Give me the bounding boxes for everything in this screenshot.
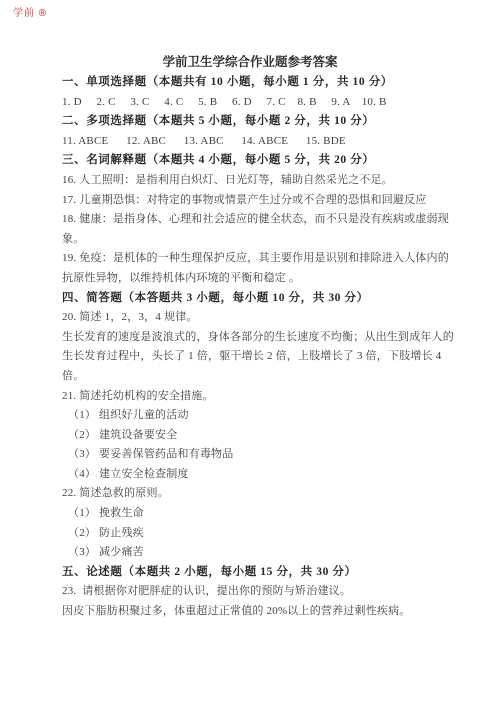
question-21: 21. 简述托幼机构的安全措施。 bbox=[62, 387, 444, 407]
definition-19-line-1: 19. 免疫：是机体的一种生理保护反应，其主要作用是识别和排除进入人体内的 bbox=[62, 249, 444, 269]
answer-23: 因皮下脂肪积聚过多，体重超过正常值的 20%以上的营养过剩性疾病。 bbox=[62, 602, 444, 622]
section-heading-multi-choice: 二、多项选择题（本题共 5 小题，每小题 2 分，共 10 分） bbox=[62, 112, 444, 132]
definition-18-line-1: 18. 健康：是指身体、心理和社会适应的健全状态，而不只是没有疾病或虚弱现 bbox=[62, 210, 444, 230]
document-body: 一、单项选择题（本题共有 10 小题，每小题 1 分，共 10 分） 1. D … bbox=[62, 73, 444, 622]
question-23: 23. 请根据你对肥胖症的认识，提出你的预防与矫治建议。 bbox=[62, 582, 444, 602]
definition-18-line-2: 象。 bbox=[62, 230, 444, 250]
answer-21-item-4: （4） 建立安全检查制度 bbox=[62, 465, 444, 485]
answers-multi-choice: 11. ABCE 12. ABC 13. ABC 14. ABCE 15. BD… bbox=[62, 132, 444, 152]
definition-19-line-2: 抗原性异物，以维持机体内环境的平衡和稳定 。 bbox=[62, 269, 444, 289]
answer-20-line-2: 生长发育过程中，头长了 1 倍，躯干增长 2 倍，上肢增长了 3 倍，下肢增长 … bbox=[62, 347, 444, 367]
definition-16: 16. 人工照明：是指利用白炽灯、日光灯等，辅助自然采光之不足。 bbox=[62, 171, 444, 191]
document-page: 学前 ® 学前卫生学综合作业题参考答案 一、单项选择题（本题共有 10 小题，每… bbox=[0, 0, 500, 707]
question-20: 20. 简述 1，2，3，4 规律。 bbox=[62, 308, 444, 328]
section-heading-short-answer: 四、简答题（本答题共 3 小题，每小题 10 分，共 30 分） bbox=[62, 289, 444, 309]
answer-21-item-3: （3） 要妥善保管药品和有毒物品 bbox=[62, 445, 444, 465]
answer-21-item-2: （2） 建筑设备要安全 bbox=[62, 426, 444, 446]
answer-20-line-3: 倍。 bbox=[62, 367, 444, 387]
definition-17: 17. 儿童期恐惧：对特定的事物或情景产生过分或不合理的恐惧和回避反应 bbox=[62, 191, 444, 211]
document-title: 学前卫生学综合作业题参考答案 bbox=[62, 54, 438, 70]
answer-20-line-1: 生长发育的速度是波浪式的，身体各部分的生长速度不均衡；从出生到成年人的 bbox=[62, 328, 444, 348]
answer-22-item-2: （2） 防止残疾 bbox=[62, 524, 444, 544]
answers-single-choice: 1. D 2. C 3. C 4. C 5. B 6. D 7. C 8. B … bbox=[62, 93, 444, 113]
answer-22-item-1: （1） 挽救生命 bbox=[62, 504, 444, 524]
watermark: 学前 ® bbox=[13, 4, 47, 19]
question-22: 22. 简述急救的原则。 bbox=[62, 484, 444, 504]
answer-22-item-3: （3） 减少痛苦 bbox=[62, 543, 444, 563]
answer-21-item-1: （1） 组织好儿童的活动 bbox=[62, 406, 444, 426]
section-heading-definitions: 三、名词解释题（本题共 4 小题，每小题 5 分，共 20 分） bbox=[62, 151, 444, 171]
section-heading-essay: 五、论述题（本题共 2 小题，每小题 15 分，共 30 分） bbox=[62, 563, 444, 583]
section-heading-single-choice: 一、单项选择题（本题共有 10 小题，每小题 1 分，共 10 分） bbox=[62, 73, 444, 93]
